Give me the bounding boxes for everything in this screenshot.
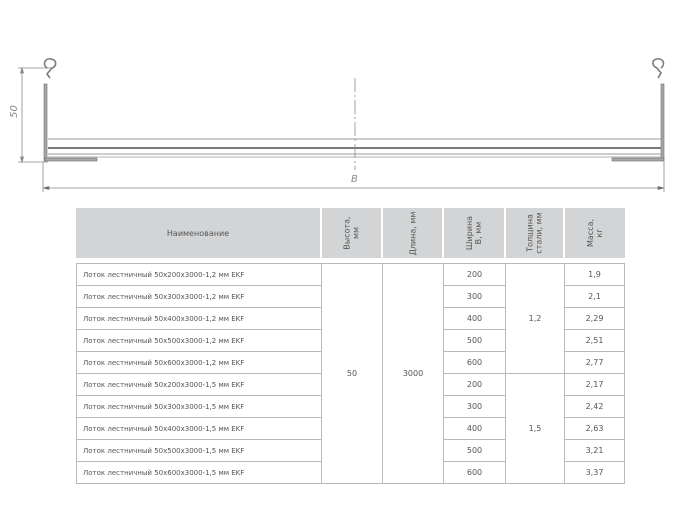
header-thickness: Толщина стали, мм	[506, 208, 565, 263]
left-wall	[44, 59, 97, 161]
width-cell: 600	[444, 352, 506, 374]
table-header-row: Наименование Высота, мм Длина, мм Ширина…	[76, 208, 625, 263]
mass-cell: 3,37	[565, 462, 625, 484]
header-mass: Масса, кг	[565, 208, 625, 263]
product-name-cell: Лоток лестничный 50х600х3000-1,5 мм EKF	[76, 462, 322, 484]
width-dimension-label: B	[351, 174, 358, 185]
mass-cell: 2,17	[565, 374, 625, 396]
product-name-cell: Лоток лестничный 50х600х3000-1,2 мм EKF	[76, 352, 322, 374]
mass-cell: 2,1	[565, 286, 625, 308]
product-name-cell: Лоток лестничный 50х500х3000-1,5 мм EKF	[76, 440, 322, 462]
height-dimension-label: 50	[9, 105, 20, 118]
product-name-cell: Лоток лестничный 50х200х3000-1,2 мм EKF	[76, 263, 322, 286]
width-cell: 400	[444, 308, 506, 330]
width-cell: 200	[444, 263, 506, 286]
thickness-cell: 1,5	[506, 374, 565, 484]
mass-cell: 1,9	[565, 263, 625, 286]
product-name-cell: Лоток лестничный 50х500х3000-1,2 мм EKF	[76, 330, 322, 352]
width-cell: 200	[444, 374, 506, 396]
header-height: Высота, мм	[322, 208, 383, 263]
length-cell: 3000	[383, 263, 444, 484]
width-cell: 600	[444, 462, 506, 484]
mass-cell: 2,63	[565, 418, 625, 440]
product-name-cell: Лоток лестничный 50х300х3000-1,2 мм EKF	[76, 286, 322, 308]
mass-cell: 2,77	[565, 352, 625, 374]
table-row: Лоток лестничный 50х200х3000-1,2 мм EKF5…	[76, 263, 625, 286]
product-name-cell: Лоток лестничный 50х300х3000-1,5 мм EKF	[76, 396, 322, 418]
tray-rungs	[48, 139, 661, 157]
width-cell: 400	[444, 418, 506, 440]
width-cell: 500	[444, 440, 506, 462]
width-cell: 300	[444, 286, 506, 308]
thickness-cell: 1,2	[506, 263, 565, 374]
width-cell: 500	[444, 330, 506, 352]
mass-cell: 2,29	[565, 308, 625, 330]
specification-table: Наименование Высота, мм Длина, мм Ширина…	[76, 208, 625, 484]
product-name-cell: Лоток лестничный 50х400х3000-1,5 мм EKF	[76, 418, 322, 440]
header-width: Ширина В, мм	[444, 208, 506, 263]
product-name-cell: Лоток лестничный 50х400х3000-1,2 мм EKF	[76, 308, 322, 330]
header-length: Длина, мм	[383, 208, 444, 263]
product-name-cell: Лоток лестничный 50х200х3000-1,5 мм EKF	[76, 374, 322, 396]
mass-cell: 3,21	[565, 440, 625, 462]
tray-cross-section-drawing	[0, 0, 700, 200]
mass-cell: 2,42	[565, 396, 625, 418]
header-name: Наименование	[76, 208, 322, 263]
right-wall	[612, 59, 664, 161]
mass-cell: 2,51	[565, 330, 625, 352]
height-cell: 50	[322, 263, 383, 484]
width-cell: 300	[444, 396, 506, 418]
table-body: Лоток лестничный 50х200х3000-1,2 мм EKF5…	[76, 263, 625, 484]
